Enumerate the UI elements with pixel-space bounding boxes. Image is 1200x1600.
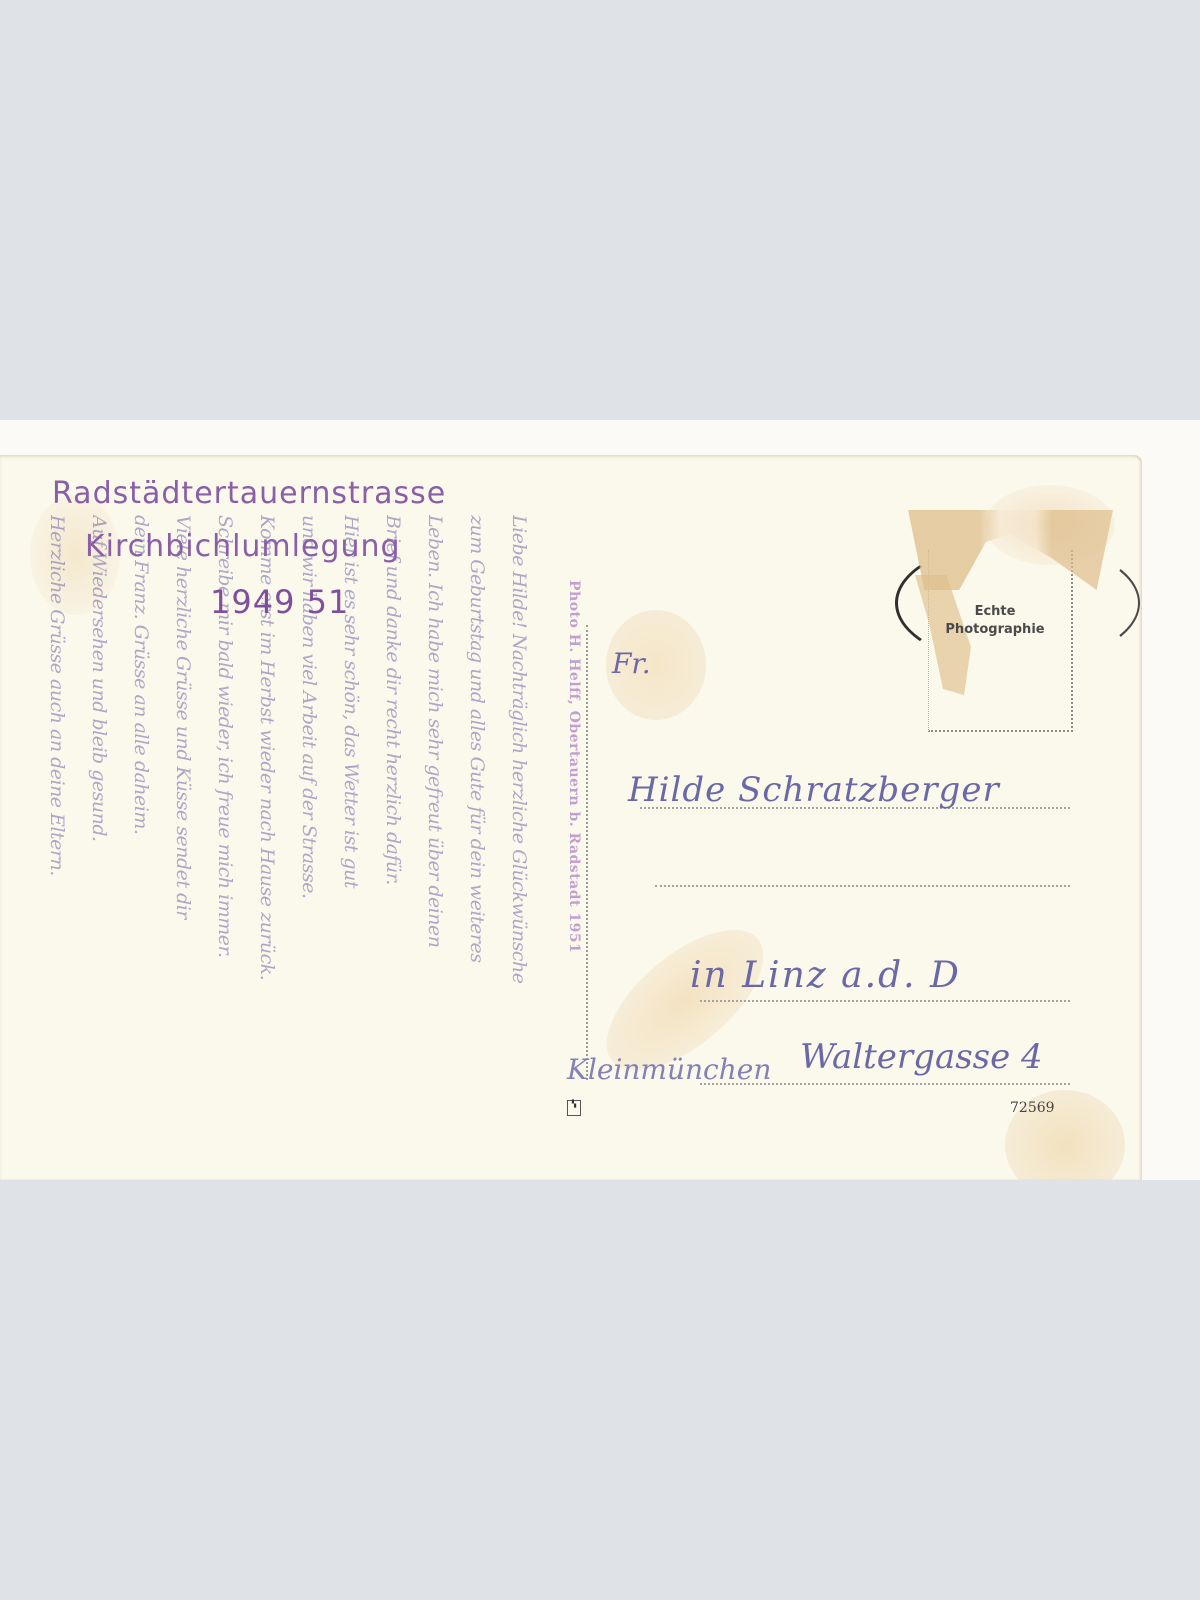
- stamp-subtitle-line: Kirchbichlumlegung: [85, 529, 401, 564]
- address-line: [655, 885, 1070, 887]
- recipient-street: Waltergasse 4: [800, 1037, 1043, 1077]
- recipient-salutation: Fr.: [612, 647, 651, 680]
- stamp-year-line: 1949 51: [210, 583, 349, 621]
- stamp-label-line1: Echte: [935, 603, 1055, 621]
- photographer-imprint: Photo H. Helff, Obertauern b. Radstadt 1…: [566, 580, 582, 953]
- message-line: zum Geburtstag und alles Gute für dein w…: [466, 515, 488, 1175]
- recipient-name: Hilde Schratzberger: [628, 770, 1000, 810]
- message-line: dein Franz. Grüsse an alle daheim.: [130, 515, 152, 1175]
- message-line: Herzliche Grüsse auch an deine Eltern.: [46, 515, 68, 1175]
- message-line: Viele herzliche Grüsse und Küsse sendet …: [172, 515, 194, 1175]
- serial-number: 72569: [1010, 1100, 1055, 1116]
- publisher-logo-icon: ▚: [567, 1100, 581, 1116]
- message-line: Liebe Hilde! Nachträglich herzliche Glüc…: [508, 515, 530, 1175]
- recipient-district: Kleinmünchen: [567, 1053, 771, 1086]
- message-line: Brief und danke dir recht herzlich dafür…: [382, 515, 404, 1175]
- postcard-back: Liebe Hilde! Nachträglich herzliche Glüc…: [0, 455, 1142, 1180]
- recipient-city: in Linz a.d. D: [690, 955, 961, 996]
- stamp-label-line2: Photographie: [935, 621, 1055, 639]
- message-line: Leben. Ich habe mich sehr gefreut über d…: [424, 515, 446, 1175]
- stamp-label: Echte Photographie: [935, 603, 1055, 639]
- address-line: [700, 1000, 1070, 1002]
- message-line: Auf Wiedersehen und bleib gesund.: [88, 515, 110, 1175]
- vertical-divider: [586, 625, 588, 1080]
- stamp-title-line: Radstädtertauernstrasse: [52, 476, 446, 511]
